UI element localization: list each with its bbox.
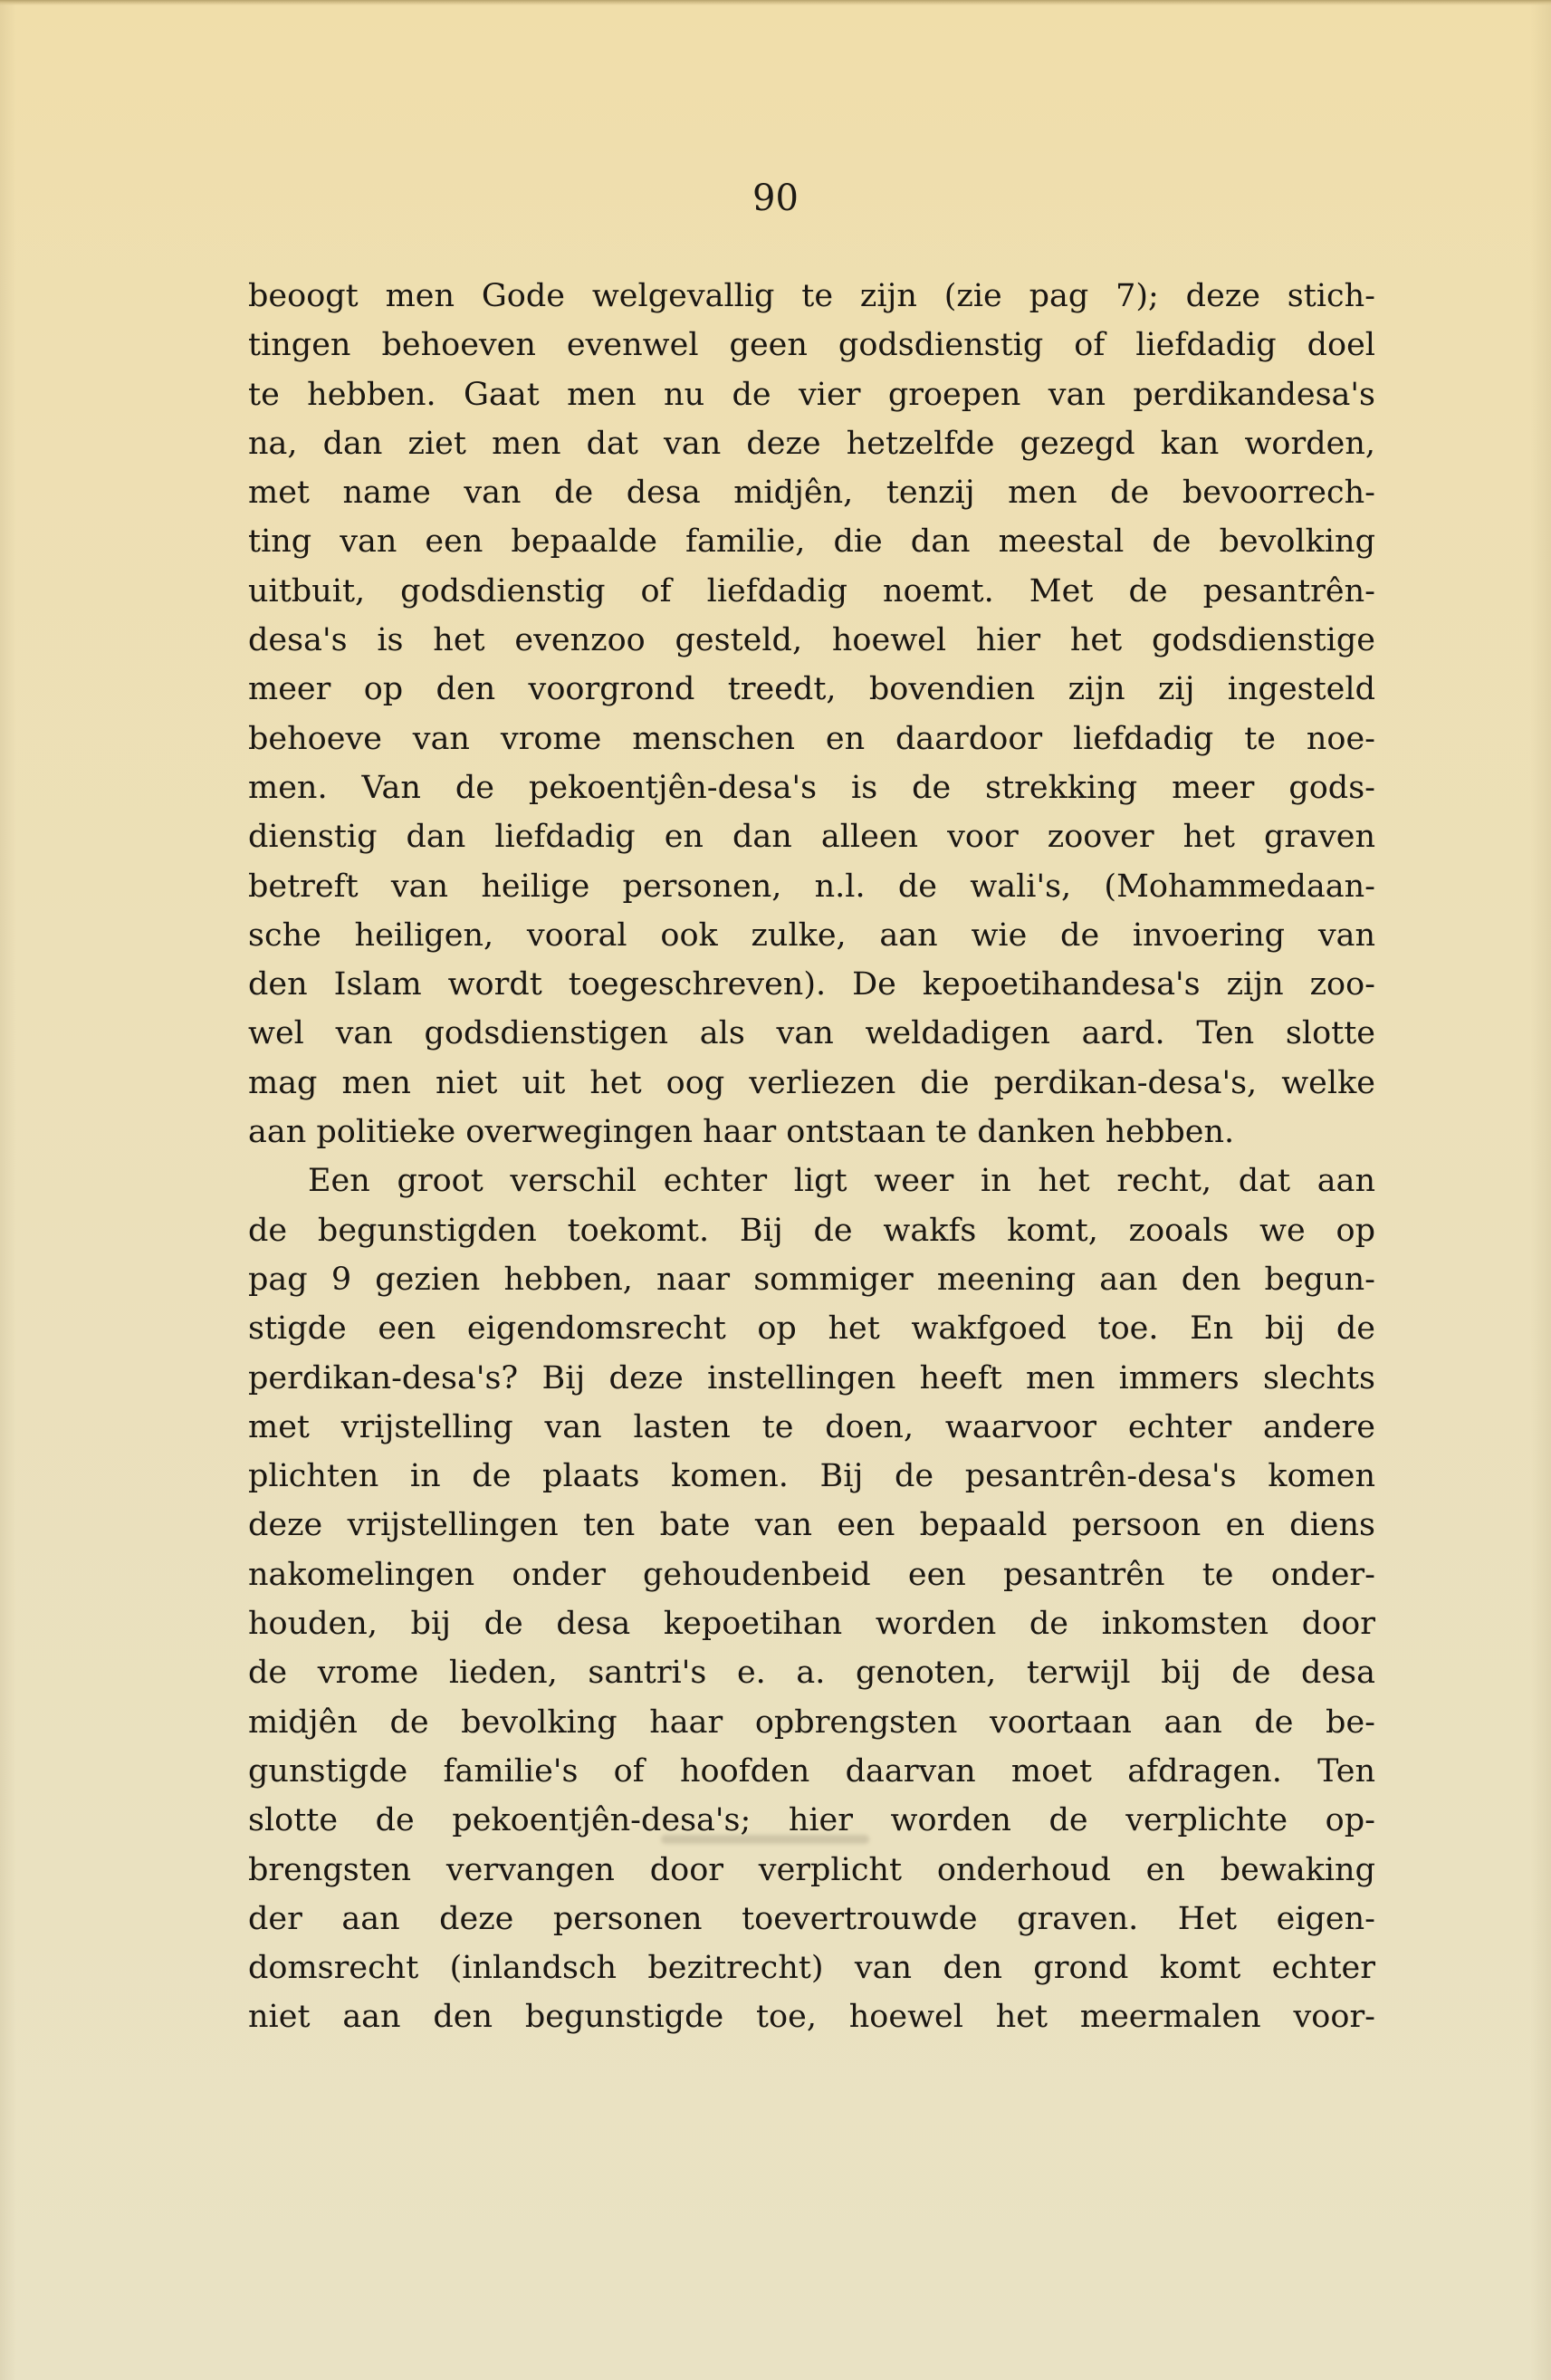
text-line: plichten in de plaats komen. Bij de pesa…	[248, 1452, 1375, 1501]
paragraph-2: Een groot verschil echter ligt weer in h…	[248, 1156, 1375, 2041]
text-line: tingen behoeven evenwel geen godsdiensti…	[248, 321, 1375, 369]
text-line: mag men niet uit het oog verliezen die p…	[248, 1059, 1375, 1108]
text-line: te hebben. Gaat men nu de vier groepen v…	[248, 370, 1375, 419]
text-line: desa's is het evenzoo gesteld, hoewel hi…	[248, 616, 1375, 665]
text-line: de begunstigden toekomt. Bij de wakfs ko…	[248, 1206, 1375, 1255]
text-line: nakomelingen onder gehoudenbeid een pesa…	[248, 1550, 1375, 1599]
text-line: brengsten vervangen door verplicht onder…	[248, 1846, 1375, 1895]
text-line: pag 9 gezien hebben, naar sommiger meeni…	[248, 1255, 1375, 1304]
text-line: ting van een bepaalde familie, die dan m…	[248, 517, 1375, 566]
ink-smudge	[661, 1835, 869, 1844]
text-line: Een groot verschil echter ligt weer in h…	[248, 1156, 1375, 1205]
text-line: de vrome lieden, santri's e. a. genoten,…	[248, 1648, 1375, 1697]
text-line: met name van de desa midjên, tenzij men …	[248, 468, 1375, 517]
text-line: der aan deze personen toevertrouwde grav…	[248, 1895, 1375, 1943]
text-line: beoogt men Gode welgevallig te zijn (zie…	[248, 272, 1375, 321]
page-top-edge	[0, 0, 1551, 5]
text-line: niet aan den begunstigde toe, hoewel het…	[248, 1992, 1375, 2041]
scanned-book-page: 90 beoogt men Gode welgevallig te zijn (…	[0, 0, 1551, 2380]
paragraph-1: beoogt men Gode welgevallig te zijn (zie…	[248, 272, 1375, 1156]
text-line: gunstigde familie's of hoofden daarvan m…	[248, 1747, 1375, 1796]
text-line: sche heiligen, vooral ook zulke, aan wie…	[248, 911, 1375, 960]
text-line: aan politieke overwegingen haar ontstaan…	[248, 1108, 1375, 1156]
text-line: uitbuit, godsdienstig of liefdadig noemt…	[248, 567, 1375, 616]
text-line: deze vrijstellingen ten bate van een bep…	[248, 1501, 1375, 1550]
text-line: betreft van heilige personen, n.l. de wa…	[248, 862, 1375, 911]
text-line: dienstig dan liefdadig en dan alleen voo…	[248, 812, 1375, 861]
text-line: stigde een eigendomsrecht op het wakfgoe…	[248, 1304, 1375, 1353]
text-line: men. Van de pekoentjên-desa's is de stre…	[248, 763, 1375, 812]
text-line: met vrijstelling van lasten te doen, waa…	[248, 1403, 1375, 1452]
text-line: den Islam wordt toegeschreven). De kepoe…	[248, 960, 1375, 1009]
text-line: meer op den voorgrond treedt, bovendien …	[248, 665, 1375, 714]
text-line: midjên de bevolking haar opbrengsten voo…	[248, 1698, 1375, 1747]
text-line: na, dan ziet men dat van deze hetzelfde …	[248, 419, 1375, 468]
text-line: wel van godsdienstigen als van weldadige…	[248, 1009, 1375, 1058]
text-line: perdikan-desa's? Bij deze instellingen h…	[248, 1354, 1375, 1403]
text-line: domsrecht (inlandsch bezitrecht) van den…	[248, 1943, 1375, 1992]
text-line: behoeve van vrome menschen en daardoor l…	[248, 715, 1375, 763]
body-text: beoogt men Gode welgevallig te zijn (zie…	[248, 272, 1375, 2042]
page-number: 90	[0, 178, 1551, 219]
text-line: houden, bij de desa kepoetihan worden de…	[248, 1599, 1375, 1648]
